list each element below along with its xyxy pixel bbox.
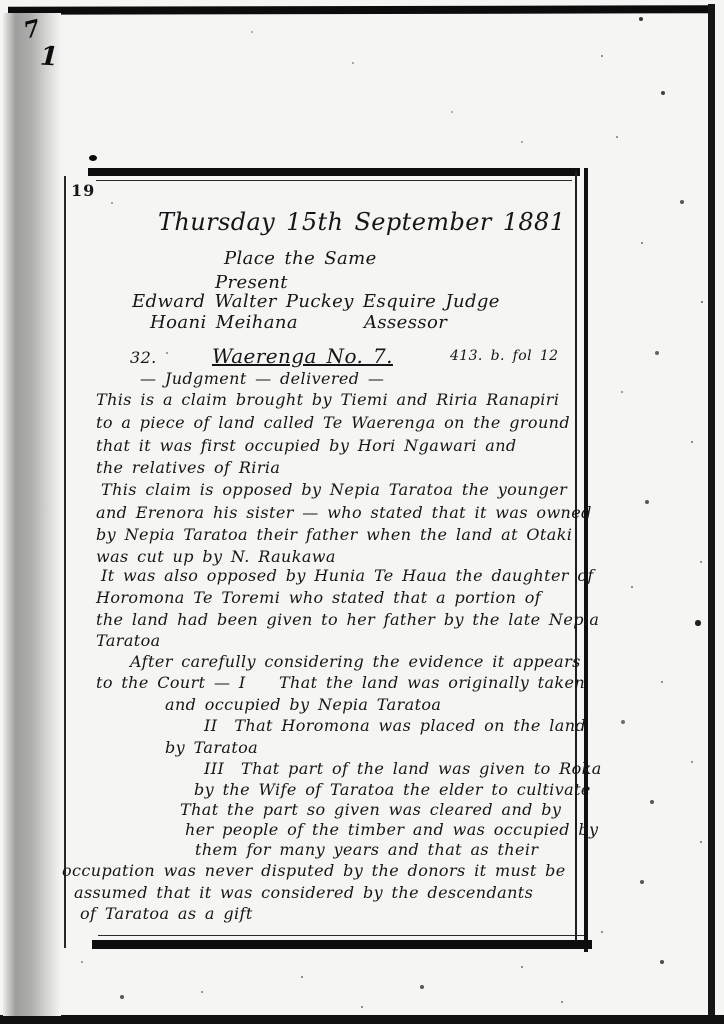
body-line: them for many years and that as their xyxy=(195,840,538,859)
body-line: her people of the timber and was occupie… xyxy=(185,820,598,839)
present-label: Present xyxy=(215,272,288,293)
body-line: was cut up by N. Raukawa xyxy=(96,547,336,566)
frame-bottom-rule xyxy=(92,940,592,949)
scan-edge-bottom-bar xyxy=(0,1015,724,1024)
case-number: 32. xyxy=(130,348,157,367)
paper-speckles xyxy=(0,0,2,2)
body-line: This is a claim brought by Tiemi and Rir… xyxy=(96,390,559,409)
body-line: Horomona Te Toremi who stated that a por… xyxy=(96,588,541,607)
body-line: This claim is opposed by Nepia Taratoa t… xyxy=(101,480,567,499)
place-line: Place the Same xyxy=(224,248,377,269)
frame-top-rule xyxy=(88,168,580,176)
body-line: After carefully considering the evidence… xyxy=(130,652,581,671)
body-line: the land had been given to her father by… xyxy=(96,610,599,629)
assessor-title: Assessor xyxy=(364,312,447,333)
assessor-name: Hoani Meihana xyxy=(150,312,298,333)
body-line: II That Horomona was placed on the land xyxy=(204,716,586,735)
binding-shadow-strip xyxy=(3,13,61,1016)
frame-bottom-thin-rule xyxy=(98,935,584,936)
frame-left-rule xyxy=(64,176,66,948)
body-line: to the Court — I That the land was origi… xyxy=(96,673,585,692)
ink-blot xyxy=(89,155,97,161)
case-title: Waerenga No. 7. xyxy=(212,344,393,368)
body-line: Taratoa xyxy=(96,631,161,650)
page-number: 19 xyxy=(71,181,95,200)
body-line: assumed that it was considered by the de… xyxy=(74,883,533,902)
margin-mark-one: 1 xyxy=(39,42,59,73)
scan-edge-right-line xyxy=(708,4,715,1016)
body-line: occupation was never disputed by the don… xyxy=(62,861,566,880)
body-line: III That part of the land was given to R… xyxy=(204,759,602,778)
case-reference: 413. b. fol 12 xyxy=(450,348,558,364)
frame-top-thin-rule xyxy=(96,180,572,181)
body-line: to a piece of land called Te Waerenga on… xyxy=(96,413,570,432)
body-line: by the Wife of Taratoa the elder to cult… xyxy=(194,780,591,799)
body-line: It was also opposed by Hunia Te Haua the… xyxy=(101,566,594,585)
body-line: of Taratoa as a gift xyxy=(80,904,253,923)
body-line: and Erenora his sister — who stated that… xyxy=(96,503,592,522)
body-line: That the part so given was cleared and b… xyxy=(180,800,561,819)
case-subtitle: — Judgment — delivered — xyxy=(140,369,384,388)
scan-edge-top-bar xyxy=(8,5,712,14)
body-line: the relatives of Riria xyxy=(96,458,280,477)
body-line: and occupied by Nepia Taratoa xyxy=(165,695,441,714)
body-line: by Nepia Taratoa their father when the l… xyxy=(96,525,572,544)
date-line: Thursday 15th September 1881 xyxy=(158,208,565,236)
judge-line: Edward Walter Puckey Esquire Judge xyxy=(132,291,500,312)
body-line: that it was first occupied by Hori Ngawa… xyxy=(96,436,517,455)
scanned-manuscript-page: 7 1 19 Thursday 15th September 1881 Plac… xyxy=(0,0,724,1024)
body-line: by Taratoa xyxy=(165,738,258,757)
